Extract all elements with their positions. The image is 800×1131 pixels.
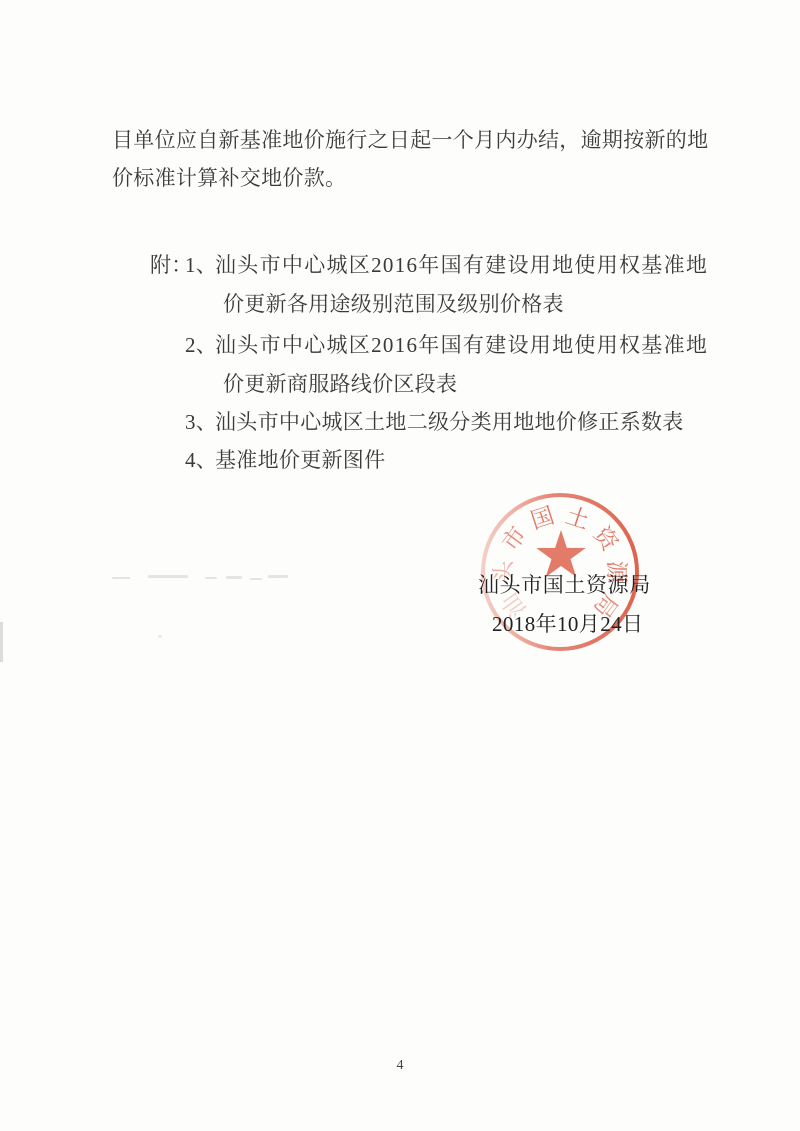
seal-star-icon <box>536 530 585 577</box>
attachment-item-text: 汕头市中心城区2016年国有建设用地使用权基准地 <box>215 333 708 357</box>
issuing-organization: 汕头市国土资源局 <box>478 573 651 597</box>
scan-smudge <box>250 578 262 580</box>
attachment-item-number: 1、 <box>185 253 217 277</box>
body-line: 价标准计算补交地价款。 <box>112 166 346 190</box>
seal-char: 国 <box>528 503 558 534</box>
scan-smudge <box>205 577 217 579</box>
scan-smudge <box>148 575 188 578</box>
scan-smudge <box>158 635 162 638</box>
scan-edge-mark <box>0 622 3 662</box>
scan-smudge <box>112 577 130 579</box>
document-page: 目单位应自新基准地价施行之日起一个月内办结，逾期按新的地 价标准计算补交地价款。… <box>0 0 800 1131</box>
seal-char: 市 <box>497 522 531 555</box>
attachment-item-text: 汕头市中心城区土地二级分类用地地价修正系数表 <box>215 410 684 434</box>
attachment-item-text: 价更新各用途级别范围及级别价格表 <box>223 292 564 316</box>
seal-char: 资 <box>589 522 623 556</box>
scan-smudge <box>226 576 242 579</box>
attachment-item-text: 价更新商服路线价区段表 <box>223 372 457 396</box>
seal-char: 土 <box>563 503 593 534</box>
attachment-item-number: 4、 <box>185 448 217 472</box>
scan-smudge <box>268 575 288 578</box>
attachment-item-number: 3、 <box>185 410 217 434</box>
attachment-item-text: 汕头市中心城区2016年国有建设用地使用权基准地 <box>215 253 708 277</box>
attachment-item-number: 2、 <box>185 333 217 357</box>
attachment-item-text: 基准地价更新图件 <box>215 448 385 472</box>
page-number: 4 <box>0 1058 800 1074</box>
body-line: 目单位应自新基准地价施行之日起一个月内办结，逾期按新的地 <box>112 128 708 152</box>
issue-date: 2018年10月24日 <box>492 612 643 636</box>
